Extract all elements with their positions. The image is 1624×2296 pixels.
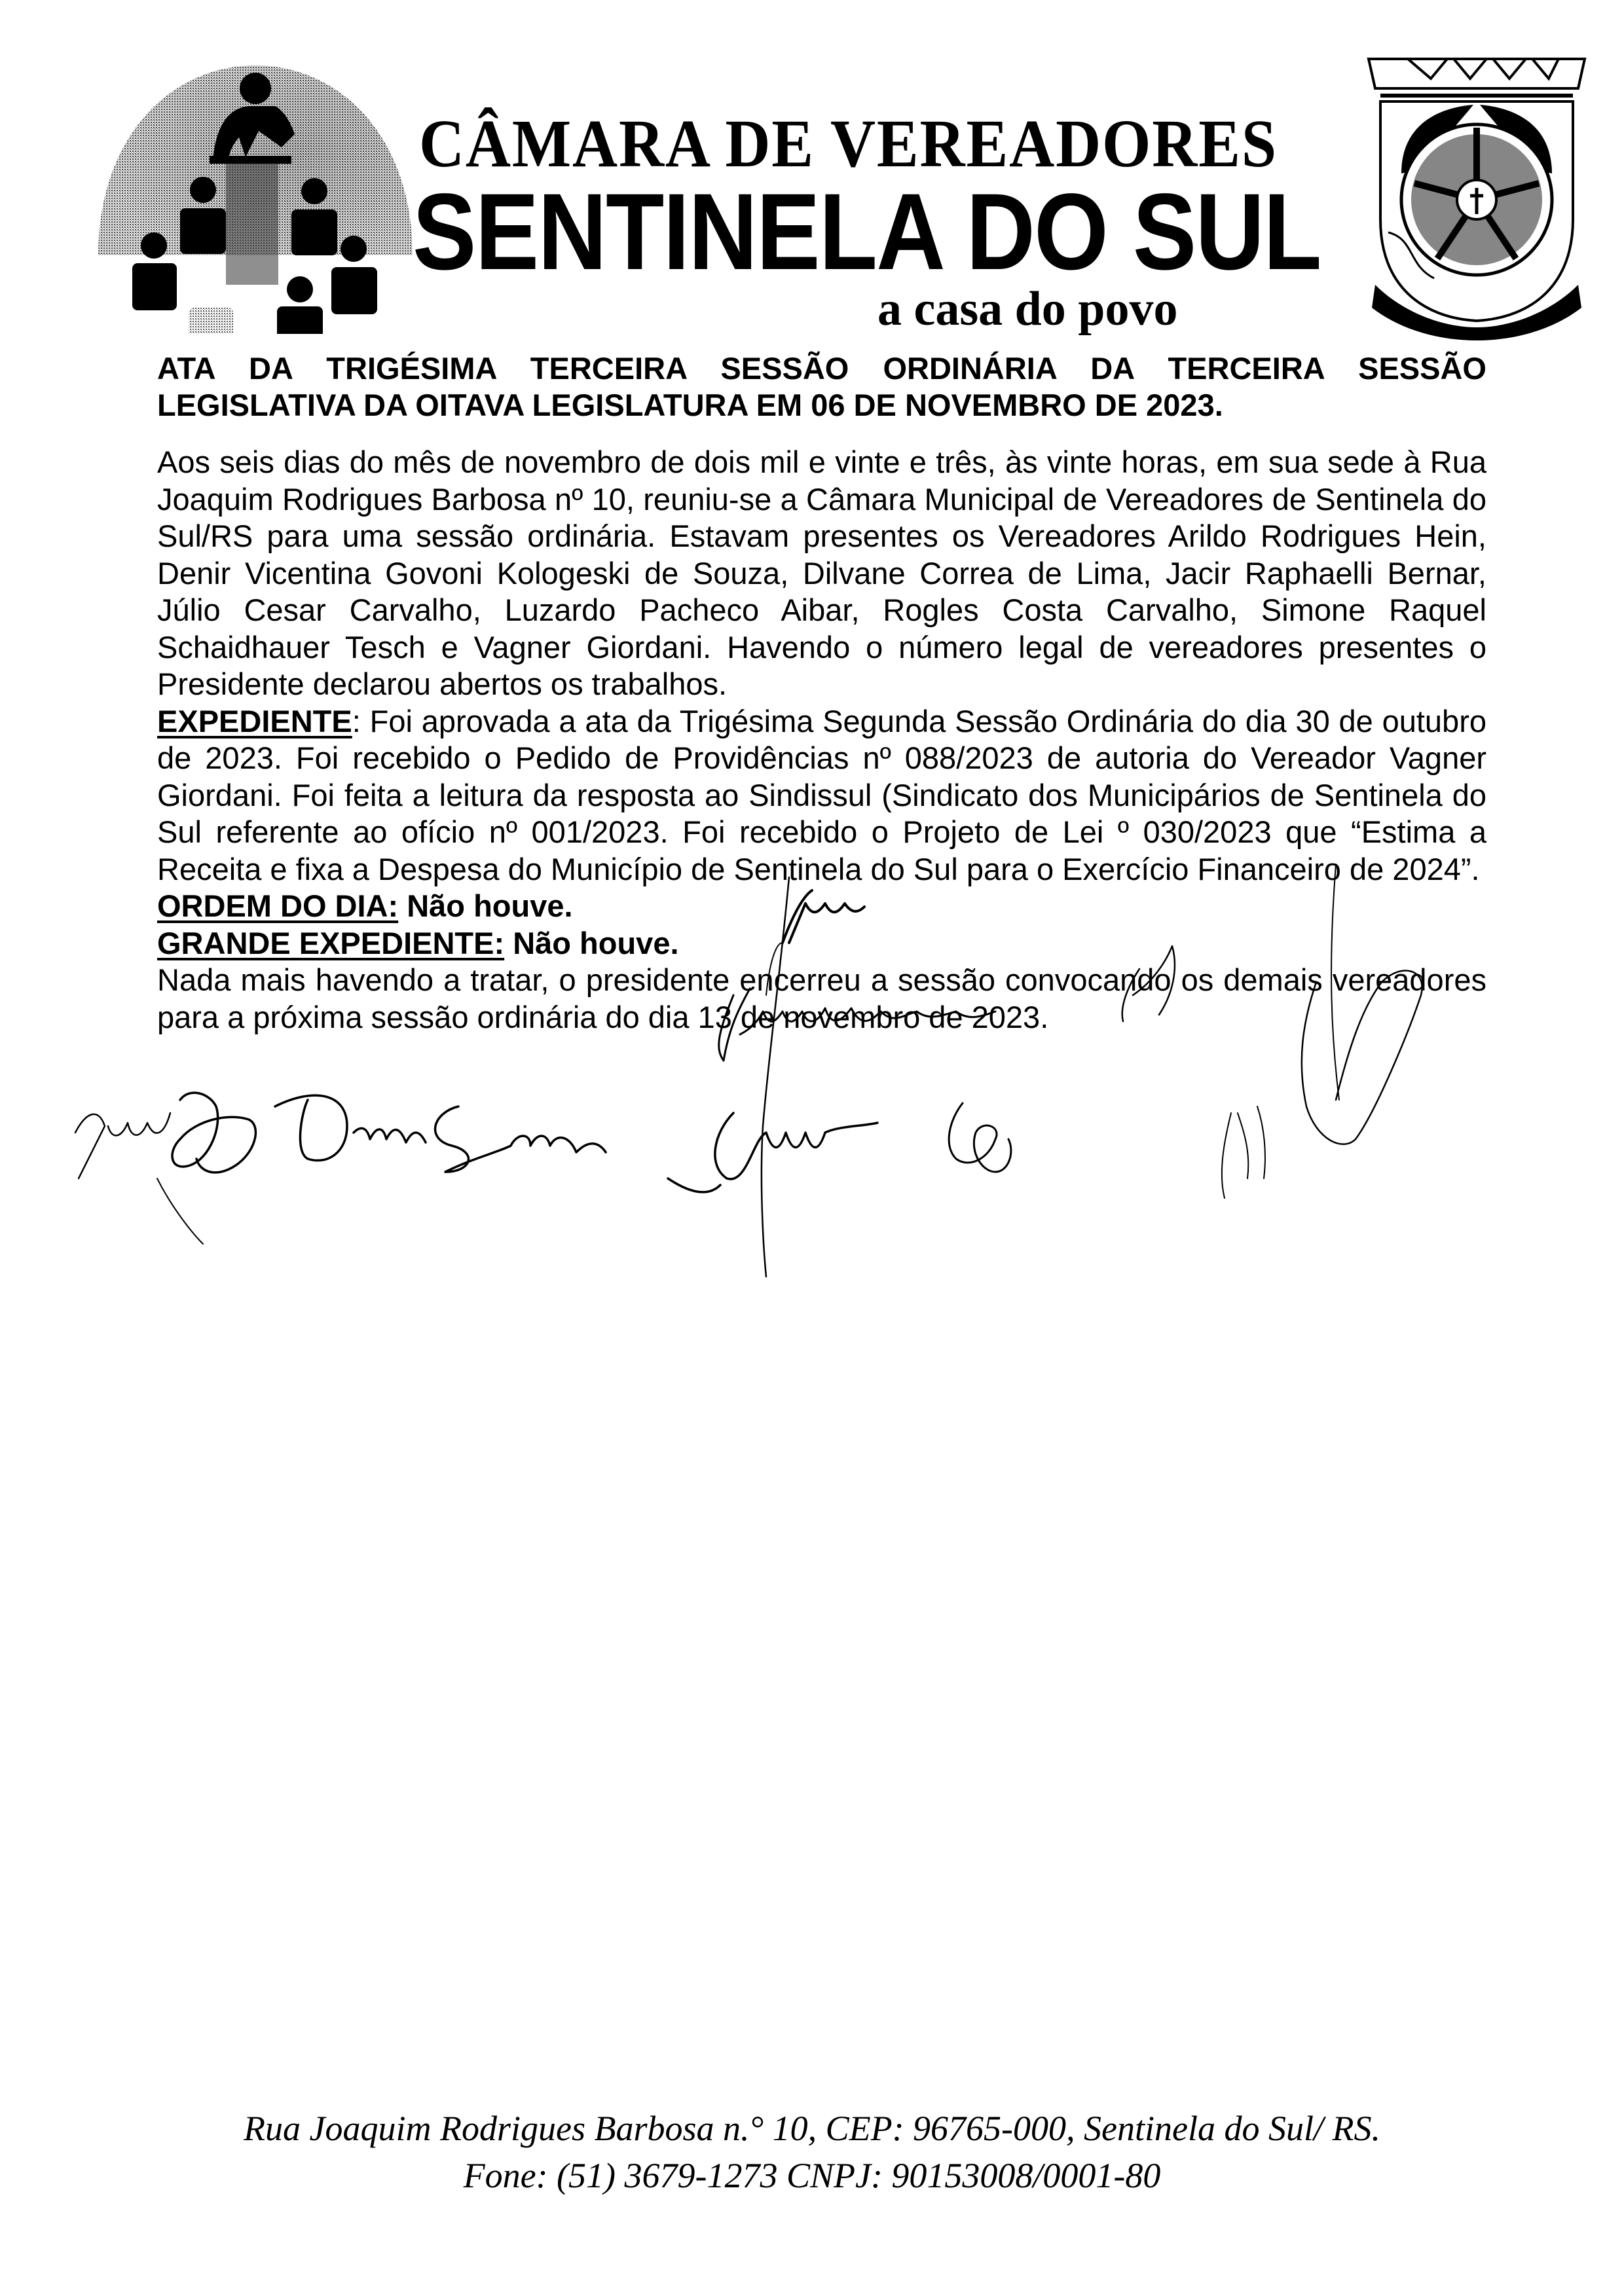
municipal-coat-of-arms-icon bbox=[1362, 49, 1591, 340]
document-footer: Rua Joaquim Rodrigues Barbosa n.° 10, CE… bbox=[0, 2105, 1624, 2199]
grande-expediente-section: GRANDE EXPEDIENTE: Não houve. bbox=[157, 925, 1486, 962]
signature-denir-souza bbox=[275, 1095, 606, 1172]
signature-jacir bbox=[75, 1113, 170, 1178]
assembly-people-icon bbox=[85, 59, 426, 334]
document-title: ATA DA TRIGÉSIMA TERCEIRA SESSÃO ORDINÁR… bbox=[157, 350, 1486, 424]
footer-address: Rua Joaquim Rodrigues Barbosa n.° 10, CE… bbox=[0, 2105, 1624, 2152]
handwritten-signatures bbox=[0, 0, 1624, 2296]
footer-contact: Fone: (51) 3679-1273 CNPJ: 90153008/0001… bbox=[0, 2152, 1624, 2199]
opening-paragraph: Aos seis dias do mês de novembro de dois… bbox=[157, 444, 1486, 703]
municipality-name: SENTINELA DO SUL bbox=[413, 170, 1321, 295]
minutes-body: Aos seis dias do mês de novembro de dois… bbox=[157, 444, 1486, 1036]
expediente-label: EXPEDIENTE bbox=[157, 704, 352, 738]
ordem-do-dia-section: ORDEM DO DIA: Não houve. bbox=[157, 888, 1486, 925]
closing-paragraph: Nada mais havendo a tratar, o presidente… bbox=[157, 962, 1486, 1036]
expediente-text: : Foi aprovada a ata da Trigésima Segund… bbox=[157, 704, 1486, 886]
ordem-do-dia-label: ORDEM DO DIA: bbox=[157, 888, 398, 923]
signature-initials bbox=[949, 1103, 1011, 1172]
institution-slogan: a casa do povo bbox=[877, 282, 1177, 337]
grande-expediente-label: GRANDE EXPEDIENTE: bbox=[157, 926, 504, 960]
signature-loops bbox=[668, 1113, 877, 1192]
ordem-do-dia-text: Não houve. bbox=[398, 888, 572, 923]
expediente-section: EXPEDIENTE: Foi aprovada a ata da Trigés… bbox=[157, 703, 1486, 888]
grande-expediente-text: Não houve. bbox=[504, 926, 678, 960]
document-page: CÂMARA DE VEREADORES SENTINELA DO SUL a … bbox=[0, 0, 1624, 2296]
